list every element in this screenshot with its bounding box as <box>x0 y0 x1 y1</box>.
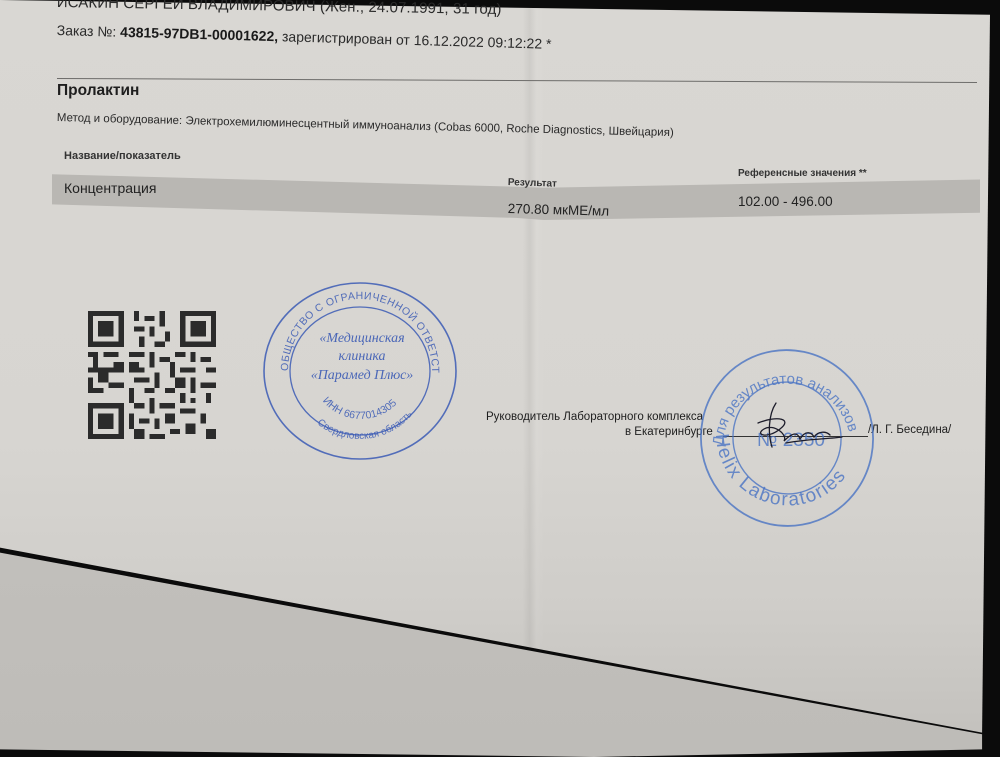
signature-title: Руководитель Лабораторного комплекса <box>486 411 703 423</box>
svg-text:ИНН 6677014305: ИНН 6677014305 <box>320 395 399 422</box>
column-header-reference: Референсные значения ** <box>738 168 867 179</box>
result-row-value: 270.80 мкМЕ/мл <box>508 201 610 219</box>
clinic-stamp-line1: «Медицинская <box>319 331 404 346</box>
result-row-reference: 102.00 - 496.00 <box>738 194 833 209</box>
clinic-stamp-line3: «Парамед Плюс» <box>311 368 414 383</box>
clinic-stamp: ОБЩЕСТВО С ОГРАНИЧЕННОЙ ОТВЕТСТВЕННОСТЬЮ… <box>258 276 462 466</box>
signature-scribble <box>738 395 848 455</box>
column-header-result: Результат <box>508 177 557 190</box>
result-row-name: Концентрация <box>64 180 156 196</box>
signature-name: /Л. Г. Беседина/ <box>868 424 951 436</box>
column-header-name: Название/показатель <box>64 150 181 162</box>
qr-code-icon <box>88 311 216 439</box>
clinic-stamp-inn: ИНН 6677014305 <box>320 395 399 422</box>
test-title: Пролактин <box>57 82 139 100</box>
clinic-stamp-line2: клиника <box>338 349 385 364</box>
order-label: Заказ №: <box>57 22 117 40</box>
